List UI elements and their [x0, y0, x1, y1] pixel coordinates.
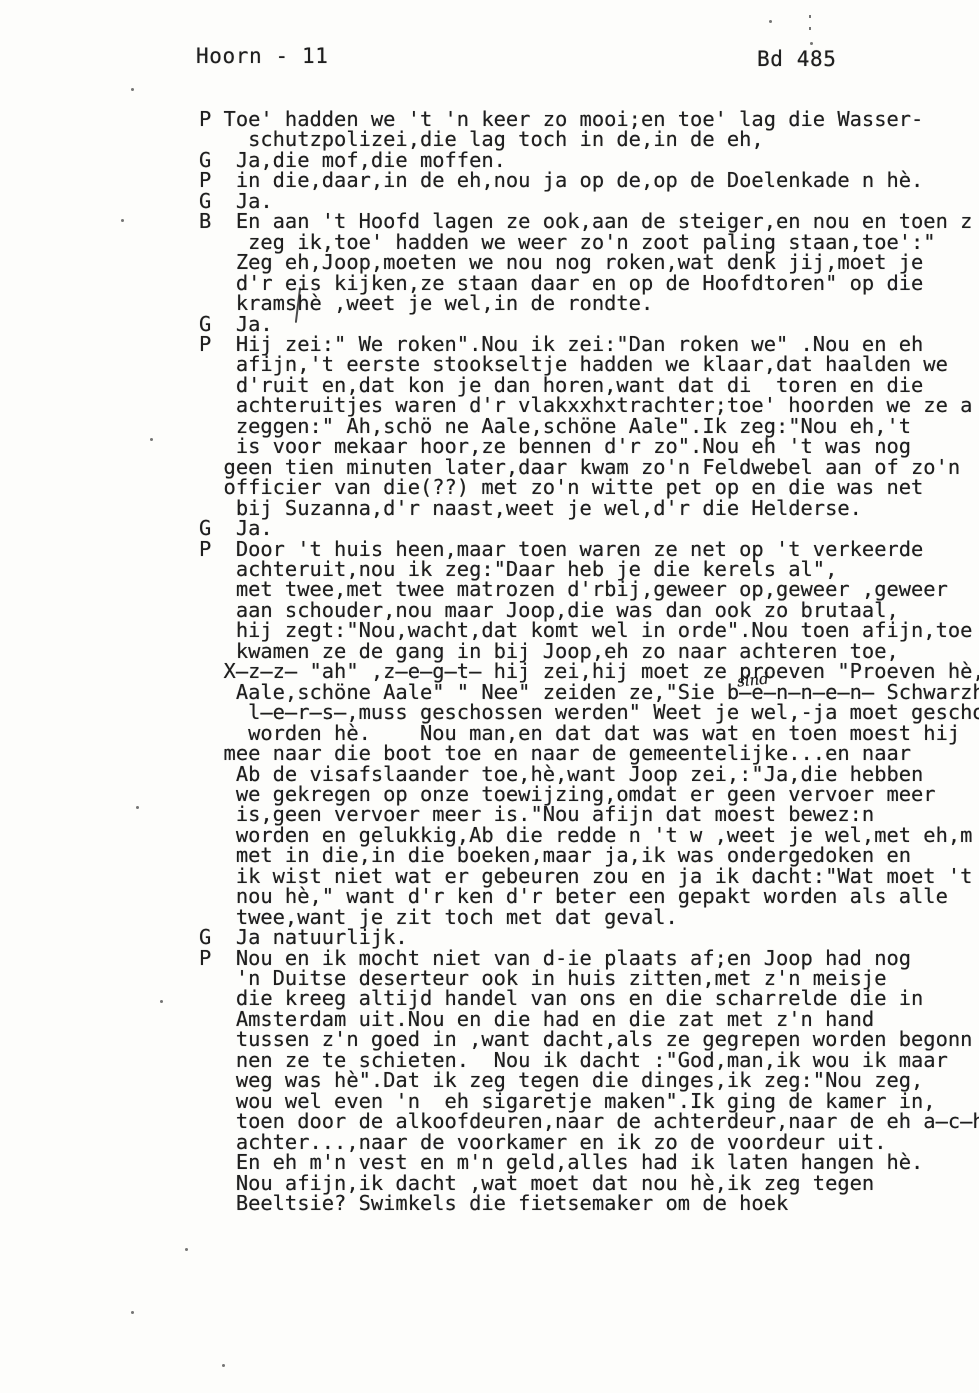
- transcript-line: Beeltsie? Swimkels die fietsemaker om de…: [199, 1193, 979, 1213]
- scan-speck: [769, 20, 772, 23]
- transcript-line: toen door de alkoofdeuren,naar de achter…: [199, 1111, 979, 1131]
- scan-speck: [131, 1311, 134, 1314]
- transcript-line: l̶e̶r̶s̶,muss geschossen werden" Weet je…: [199, 702, 979, 722]
- transcript-line: wou wel even 'n eh sigaretje maken".Ik g…: [199, 1091, 979, 1111]
- transcript-line: weg was hè".Dat ik zeg tegen die dinges,…: [199, 1070, 979, 1090]
- transcript-line: Zeg eh,Joop,moeten we nou nog roken,wat …: [199, 252, 979, 272]
- transcript-line: zeg ik,toe' hadden we weer zo'n zoot pal…: [199, 232, 979, 252]
- document-page: Hoorn - 11 Bd 485 P Toe' hadden we 't 'n…: [0, 0, 979, 1393]
- transcript-line: X̶z̶z̶ "ah" ,z̶e̶g̶t̶ hij zei,hij moet z…: [199, 661, 979, 681]
- handwritten-correction: sind: [736, 669, 769, 690]
- transcript-line: G Ja natuurlijk.: [199, 927, 979, 947]
- scan-speck: [150, 438, 153, 441]
- transcript: P Toe' hadden we 't 'n keer zo mooi;en t…: [199, 109, 979, 1213]
- transcript-line: mee naar die boot toe en naar de gemeent…: [199, 743, 979, 763]
- transcript-line: afijn,'t eerste stookseltje hadden we kl…: [199, 354, 979, 374]
- transcript-line: we gekregen op onze toewijzing,omdat er …: [199, 784, 979, 804]
- scan-speck: [222, 1364, 225, 1367]
- transcript-line: G Ja.: [199, 191, 979, 211]
- transcript-line: En eh m'n vest en m'n geld,alles had ik …: [199, 1152, 979, 1172]
- transcript-line: officier van die(??) met zo'n witte pet …: [199, 477, 979, 497]
- scan-speck: [121, 219, 124, 222]
- transcript-line: d'r eis kijken,ze staan daar en op de Ho…: [199, 273, 979, 293]
- scan-speck: [185, 1248, 188, 1251]
- transcript-line: aan schouder,nou maar Joop,die was dan o…: [199, 600, 979, 620]
- transcript-line: zeggen:" Ah,schö ne Aale,schöne Aale".Ik…: [199, 416, 979, 436]
- transcript-line: is voor mekaar hoor,ze bennen d'r zo".No…: [199, 436, 979, 456]
- transcript-line: die kreeg altijd handel van ons en die s…: [199, 988, 979, 1008]
- transcript-line: achter...,naar de voorkamer en ik zo de …: [199, 1132, 979, 1152]
- transcript-line: met twee,met twee matrozen d'rbij,geweer…: [199, 579, 979, 599]
- scan-speck: [809, 15, 811, 30]
- transcript-line: Ab de visafslaander toe,hè,want Joop zei…: [199, 764, 979, 784]
- scan-speck: [136, 806, 139, 809]
- transcript-line: achteruit,nou ik zeg:"Daar heb je die ke…: [199, 559, 979, 579]
- transcript-line: nou hè," want d'r ken d'r beter een gepa…: [199, 886, 979, 906]
- transcript-line: twee,want je zit toch met dat geval.: [199, 907, 979, 927]
- transcript-line: is,geen vervoer meer is."Nou afijn dat m…: [199, 804, 979, 824]
- transcript-line: d'ruit en,dat kon je dan horen,want dat …: [199, 375, 979, 395]
- transcript-line: bij Suzanna,d'r naast,weet je wel,d'r di…: [199, 498, 979, 518]
- transcript-line: P Hij zei:" We roken".Nou ik zei:"Dan ro…: [199, 334, 979, 354]
- transcript-line: G Ja.: [199, 314, 979, 334]
- transcript-line: achteruitjes waren d'r vlakxxhxtrachter;…: [199, 395, 979, 415]
- transcript-line: Aale,schöne Aale" " Nee" zeiden ze,"Sie …: [199, 682, 979, 702]
- transcript-line: hij zegt:"Nou,wacht,dat komt wel in orde…: [199, 620, 979, 640]
- transcript-line: Nou afijn,ik dacht ,wat moet dat nou hè,…: [199, 1173, 979, 1193]
- scan-speck: [810, 42, 813, 45]
- transcript-line: schutzpolizei,die lag toch in de,in de e…: [199, 129, 979, 149]
- scan-speck: [160, 1000, 163, 1003]
- page-title: Hoorn - 11: [196, 44, 328, 68]
- page-number: Bd 485: [757, 47, 836, 71]
- transcript-line: P Nou en ik mocht niet van d-ie plaats a…: [199, 948, 979, 968]
- transcript-line: geen tien minuten later,daar kwam zo'n F…: [199, 457, 979, 477]
- transcript-line: tussen z'n goed in ,want dacht,als ze ge…: [199, 1029, 979, 1049]
- transcript-line: kramshè ,weet je wel,in de rondte.: [199, 293, 979, 313]
- transcript-line: G Ja,die mof,die moffen.: [199, 150, 979, 170]
- transcript-line: P Door 't huis heen,maar toen waren ze n…: [199, 539, 979, 559]
- transcript-line: ik wist niet wat er gebeuren zou en ja i…: [199, 866, 979, 886]
- transcript-line: G Ja.: [199, 518, 979, 538]
- transcript-line: B En aan 't Hoofd lagen ze ook,aan de st…: [199, 211, 979, 231]
- transcript-line: P Toe' hadden we 't 'n keer zo mooi;en t…: [199, 109, 979, 129]
- transcript-line: nen ze te schieten. Nou ik dacht :"God,m…: [199, 1050, 979, 1070]
- transcript-line: worden en gelukkig,Ab die redde n 't w ,…: [199, 825, 979, 845]
- transcript-line: P in die,daar,in de eh,nou ja op de,op d…: [199, 170, 979, 190]
- transcript-line: worden hè. Nou man,en dat dat was wat en…: [199, 723, 979, 743]
- transcript-line: kwamen ze de gang in bij Joop,eh zo naar…: [199, 641, 979, 661]
- scan-speck: [131, 88, 134, 91]
- transcript-line: 'n Duitse deserteur ook in huis zitten,m…: [199, 968, 979, 988]
- transcript-line: Amsterdam uit.Nou en die had en die zat …: [199, 1009, 979, 1029]
- transcript-line: met in die,in die boeken,maar ja,ik was …: [199, 845, 979, 865]
